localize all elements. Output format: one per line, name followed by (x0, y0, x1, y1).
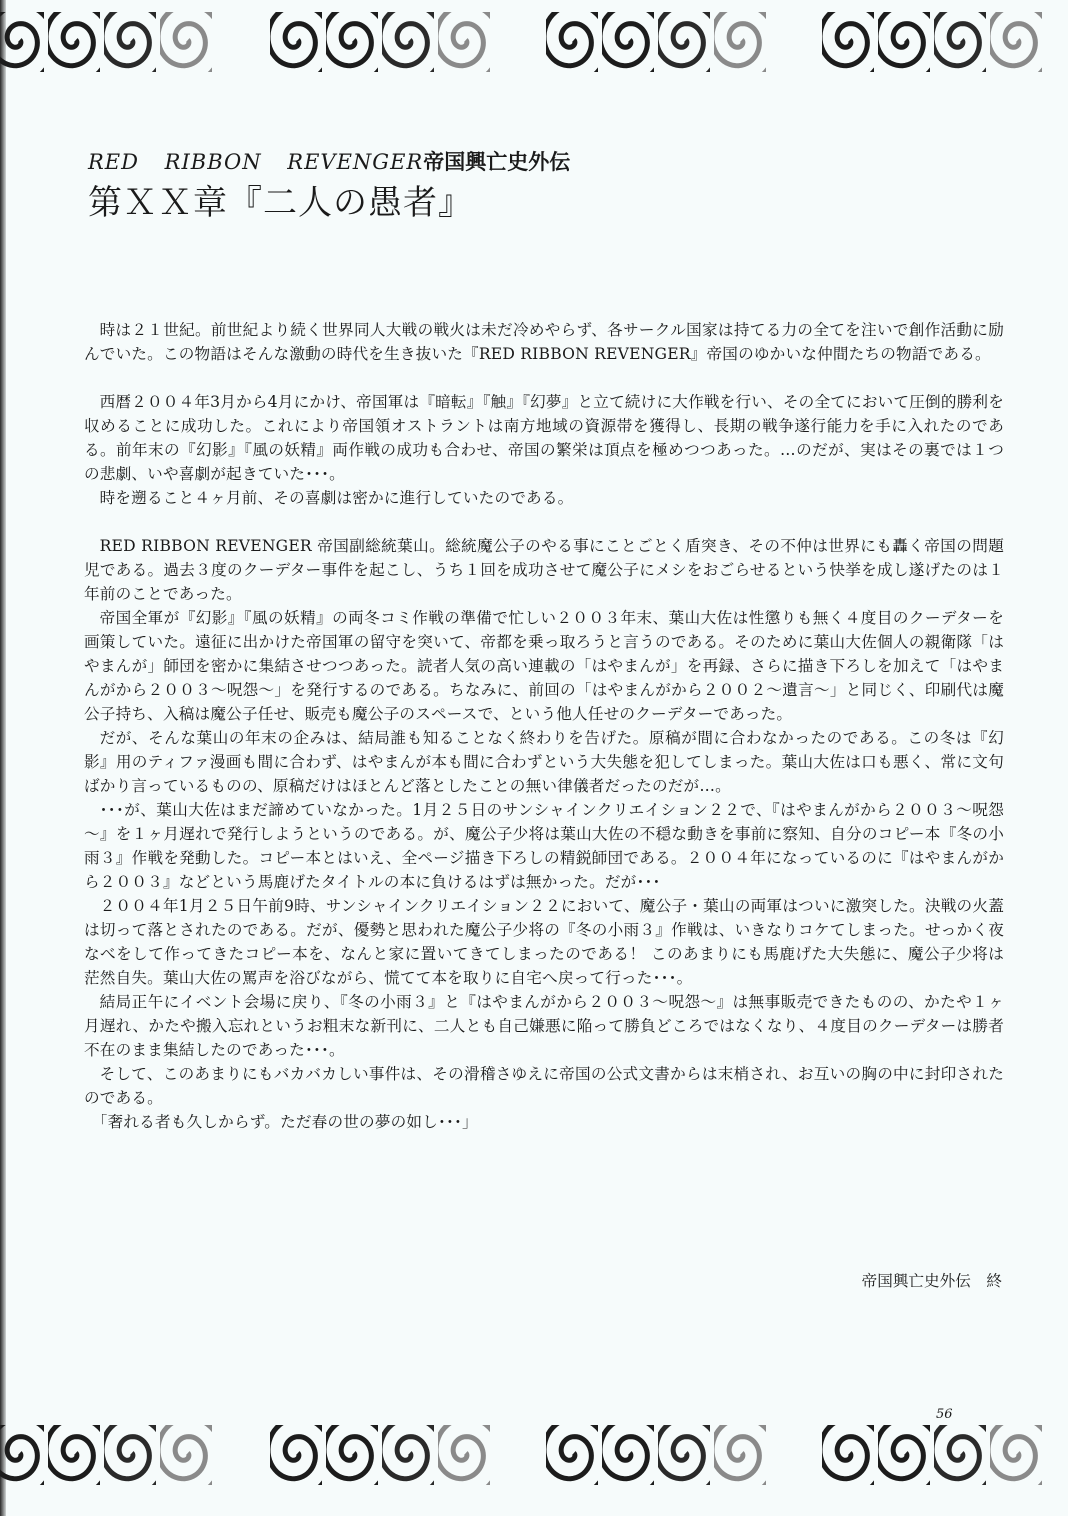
spiral-icon (714, 12, 766, 76)
spiral-group (546, 1425, 766, 1489)
spiral-icon (160, 1425, 212, 1489)
spiral-icon (878, 1425, 930, 1489)
spiral-icon (104, 1425, 156, 1489)
spiral-icon (270, 1425, 322, 1489)
closing-quote: 「奢れる者も久しからず。ただ春の世の夢の如し･･･」 (84, 1110, 1004, 1134)
paragraph: そして、このあまりにもバカバカしい事件は、その滑稽さゆえに帝国の公式文書からは末… (84, 1062, 1004, 1110)
spiral-group (822, 12, 1042, 76)
spiral-icon (326, 1425, 378, 1489)
paragraph: 西暦２００４年3月から4月にかけ、帝国軍は『暗転』『触』『幻夢』と立て続けに大作… (84, 390, 1004, 486)
spiral-icon (546, 1425, 598, 1489)
spiral-group (270, 12, 490, 76)
spiral-icon (602, 1425, 654, 1489)
spiral-icon (878, 12, 930, 76)
paragraph: ２００４年1月２５日午前9時、サンシャインクリエイション２２において、魔公子・葉… (84, 894, 1004, 990)
body-text: 時は２１世紀。前世紀より続く世界同人大戦の戦火は未だ冷めやらず、各サークル国家は… (84, 318, 1004, 1134)
spiral-group (0, 12, 212, 76)
spiral-icon (990, 1425, 1042, 1489)
series-title-latin: RED RIBBON REVENGER (88, 150, 423, 174)
spiral-group (270, 1425, 490, 1489)
spiral-icon (382, 1425, 434, 1489)
spiral-icon (934, 1425, 986, 1489)
paragraph-gap (84, 510, 1004, 534)
spiral-icon (270, 12, 322, 76)
spiral-icon (160, 12, 212, 76)
spiral-icon (602, 12, 654, 76)
spiral-icon (382, 12, 434, 76)
spiral-group (546, 12, 766, 76)
paragraph: だが、そんな葉山の年末の企みは、結局誰も知ることなく終わりを告げた。原稿が間に合… (84, 726, 1004, 798)
chapter-title: 第ＸＸ章『二人の愚者』 (88, 181, 570, 225)
spiral-icon (48, 12, 100, 76)
page-number: 56 (936, 1407, 953, 1422)
series-title: RED RIBBON REVENGER帝国興亡史外伝 (88, 148, 570, 177)
spiral-icon (990, 12, 1042, 76)
spiral-group (822, 1425, 1042, 1489)
spiral-icon (104, 12, 156, 76)
spiral-icon (48, 1425, 100, 1489)
spiral-icon (438, 12, 490, 76)
spiral-icon (658, 1425, 710, 1489)
spiral-icon (326, 12, 378, 76)
spiral-icon (714, 1425, 766, 1489)
paragraph: ･･･が、葉山大佐はまだ諦めていなかった。1月２５日のサンシャインクリエイション… (84, 798, 1004, 894)
paragraph: RED RIBBON REVENGER 帝国副総統葉山。総統魔公子のやる事にこと… (84, 534, 1004, 606)
signoff: 帝国興亡史外伝 終 (862, 1269, 1002, 1291)
bottom-spiral-border (0, 1425, 1068, 1485)
spiral-icon (546, 12, 598, 76)
paragraph: 帝国全軍が『幻影』『風の妖精』の両冬コミ作戦の準備で忙しい２００３年末、葉山大佐… (84, 606, 1004, 726)
paragraph: 結局正午にイベント会場に戻り、『冬の小雨３』と『はやまんがから２００３～呪怨～』… (84, 990, 1004, 1062)
page-edge-shadow (0, 0, 6, 1516)
spiral-icon (822, 1425, 874, 1489)
top-spiral-border (0, 12, 1068, 72)
series-title-japanese: 帝国興亡史外伝 (423, 150, 570, 174)
paragraph: 時を遡ること４ヶ月前、その喜劇は密かに進行していたのである。 (84, 486, 1004, 510)
spiral-icon (658, 12, 710, 76)
spiral-group (0, 1425, 212, 1489)
spiral-icon (822, 12, 874, 76)
paragraph: 時は２１世紀。前世紀より続く世界同人大戦の戦火は未だ冷めやらず、各サークル国家は… (84, 318, 1004, 366)
spiral-icon (438, 1425, 490, 1489)
paragraph-gap (84, 366, 1004, 390)
spiral-icon (0, 12, 44, 76)
spiral-icon (934, 12, 986, 76)
spiral-icon (0, 1425, 44, 1489)
document-header: RED RIBBON REVENGER帝国興亡史外伝 第ＸＸ章『二人の愚者』 (88, 148, 570, 225)
